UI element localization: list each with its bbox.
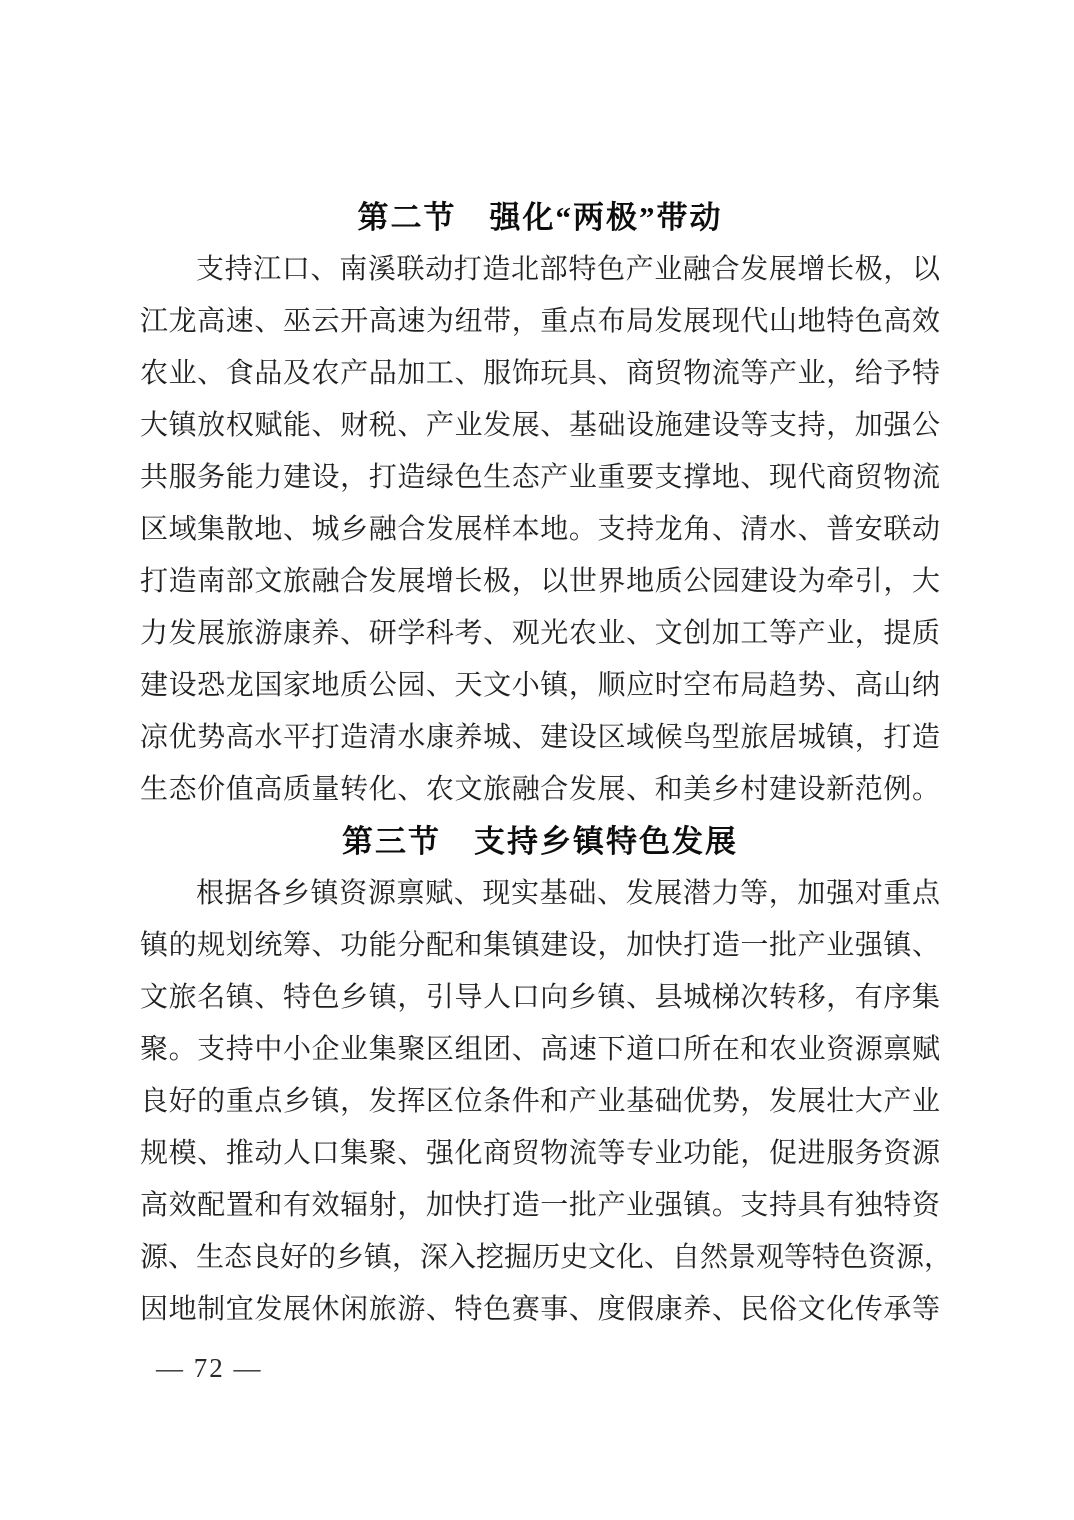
section-2-paragraph: 支持江口、南溪联动打造北部特色产业融合发展增长极，以 江龙高速、巫云开高速为纽带… <box>140 244 940 816</box>
text-line: 力发展旅游康养、研学科考、观光农业、文创加工等产业，提质 <box>140 608 940 660</box>
text-line: 生态价值高质量转化、农文旅融合发展、和美乡村建设新范例。 <box>140 764 940 816</box>
text-line: 文旅名镇、特色乡镇，引导人口向乡镇、县城梯次转移，有序集 <box>140 972 940 1024</box>
text-line: 农业、食品及农产品加工、服饰玩具、商贸物流等产业，给予特 <box>140 348 940 400</box>
section-3-heading: 第三节 支持乡镇特色发展 <box>140 816 940 868</box>
text-line: 支持江口、南溪联动打造北部特色产业融合发展增长极，以 <box>140 244 940 296</box>
section-3: 第三节 支持乡镇特色发展 根据各乡镇资源禀赋、现实基础、发展潜力等，加强对重点 … <box>140 816 940 1336</box>
text-line: 凉优势高水平打造清水康养城、建设区域候鸟型旅居城镇，打造 <box>140 712 940 764</box>
text-line: 源、生态良好的乡镇，深入挖掘历史文化、自然景观等特色资源， <box>140 1232 940 1284</box>
text-line: 因地制宜发展休闲旅游、特色赛事、度假康养、民俗文化传承等 <box>140 1284 940 1336</box>
text-line: 根据各乡镇资源禀赋、现实基础、发展潜力等，加强对重点 <box>140 868 940 920</box>
text-line: 聚。支持中小企业集聚区组团、高速下道口所在和农业资源禀赋 <box>140 1024 940 1076</box>
section-2-heading: 第二节 强化“两极”带动 <box>140 192 940 244</box>
text-line: 共服务能力建设，打造绿色生态产业重要支撑地、现代商贸物流 <box>140 452 940 504</box>
text-line: 区域集散地、城乡融合发展样本地。支持龙角、清水、普安联动 <box>140 504 940 556</box>
text-line: 镇的规划统筹、功能分配和集镇建设，加快打造一批产业强镇、 <box>140 920 940 972</box>
text-line: 高效配置和有效辐射，加快打造一批产业强镇。支持具有独特资 <box>140 1180 940 1232</box>
document-page: 第二节 强化“两极”带动 支持江口、南溪联动打造北部特色产业融合发展增长极，以 … <box>0 0 1074 1520</box>
text-line: 打造南部文旅融合发展增长极，以世界地质公园建设为牵引，大 <box>140 556 940 608</box>
page-content: 第二节 强化“两极”带动 支持江口、南溪联动打造北部特色产业融合发展增长极，以 … <box>140 192 940 1336</box>
text-line: 良好的重点乡镇，发挥区位条件和产业基础优势，发展壮大产业 <box>140 1076 940 1128</box>
text-line: 建设恐龙国家地质公园、天文小镇，顺应时空布局趋势、高山纳 <box>140 660 940 712</box>
text-line: 江龙高速、巫云开高速为纽带，重点布局发展现代山地特色高效 <box>140 296 940 348</box>
page-number: — 72 — <box>156 1353 263 1383</box>
text-line: 大镇放权赋能、财税、产业发展、基础设施建设等支持，加强公 <box>140 400 940 452</box>
text-line: 规模、推动人口集聚、强化商贸物流等专业功能，促进服务资源 <box>140 1128 940 1180</box>
page-footer: — 72 — <box>156 1346 263 1390</box>
section-3-paragraph: 根据各乡镇资源禀赋、现实基础、发展潜力等，加强对重点 镇的规划统筹、功能分配和集… <box>140 868 940 1336</box>
section-2: 第二节 强化“两极”带动 支持江口、南溪联动打造北部特色产业融合发展增长极，以 … <box>140 192 940 816</box>
